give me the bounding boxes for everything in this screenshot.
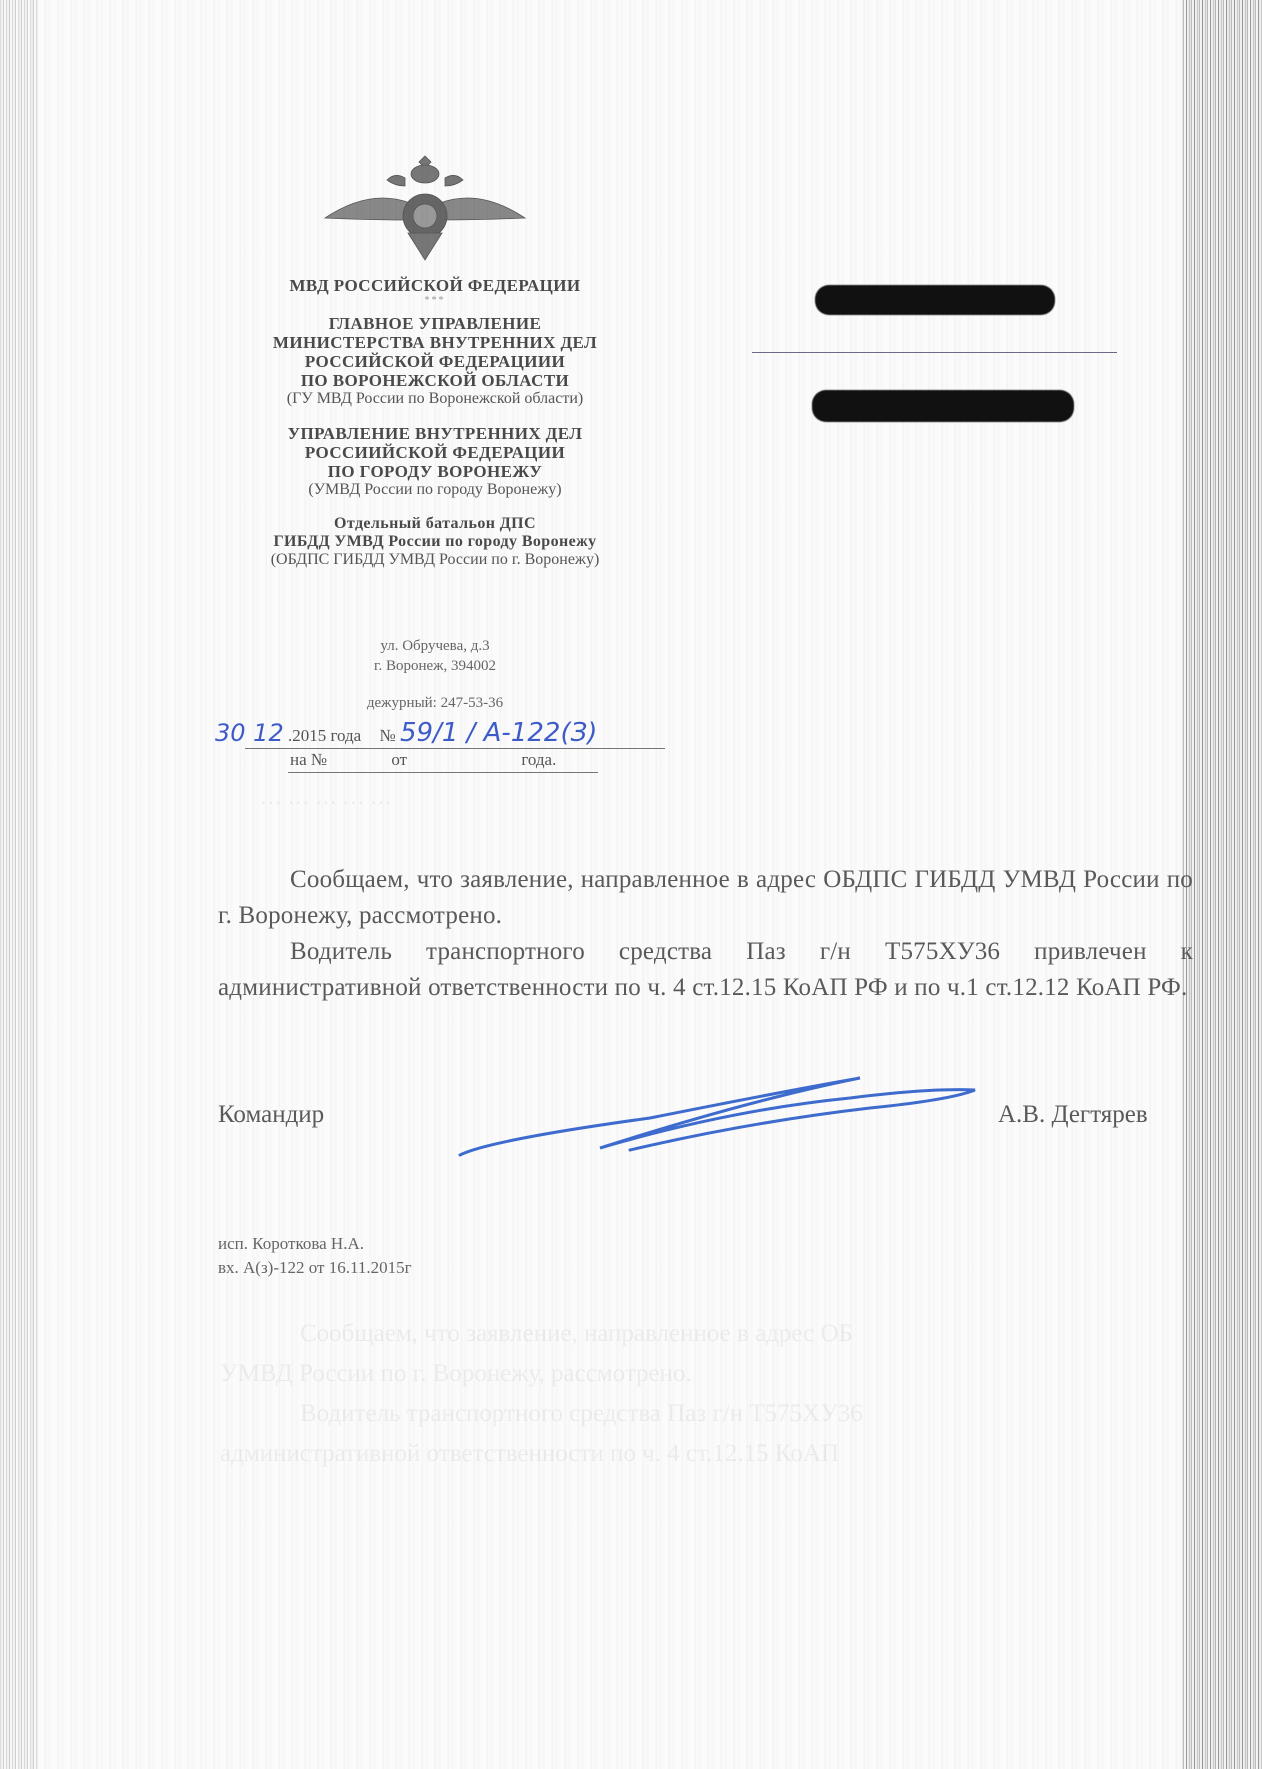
umvd-line: УПРАВЛЕНИЕ ВНУТРЕННИХ ДЕЛ [200,424,670,443]
gu-line: РОССИЙСКОЙ ФЕДЕРАЦИИИ [200,352,670,371]
gu-line: ГЛАВНОЕ УПРАВЛЕНИЕ [200,314,670,333]
reply-from-label: от [391,750,407,769]
reply-underline [288,772,598,773]
gu-line: ПО ВОРОНЕЖСКОЙ ОБЛАСТИ [200,371,670,390]
handwritten-date: 30 12 [215,719,284,747]
bleed-through-text: Сообщаем, что заявление, направленное в … [300,1320,853,1348]
scan-edge-left [0,0,38,1769]
unit-line: Отдельный батальон ДПС [200,515,670,533]
reply-year-label: года. [521,750,556,769]
handwritten-signature-icon [450,1070,990,1170]
reference-underline [245,748,665,749]
mvd-emblem-icon [320,148,530,264]
umvd-line: ПО ГОРОДУ ВОРОНЕЖУ [200,462,670,481]
reference-year: .2015 года [288,726,361,745]
letterhead: МВД РОССИЙСКОЙ ФЕДЕРАЦИИ *** ГЛАВНОЕ УПР… [200,276,670,569]
unit-line: ГИБДД УМВД России по городу Воронежу [200,533,670,551]
scan-edge-right [1182,0,1262,1769]
body-paragraph: Водитель транспортного средства Паз г/н … [218,934,1193,1006]
ministry-title: МВД РОССИЙСКОЙ ФЕДЕРАЦИИ [200,276,670,295]
bleed-through-text: ··· ··· ··· ··· ··· [260,790,392,816]
gu-line: МИНИСТЕРСТВА ВНУТРЕННИХ ДЕЛ [200,333,670,352]
reference-number-label: № [379,726,395,745]
bleed-through-text: административной ответственности по ч. 4… [220,1440,839,1468]
recipient-redaction [815,285,1055,315]
bleed-through-text: Водитель транспортного средства Паз г/н … [300,1400,863,1428]
letter-body: Сообщаем, что заявление, направленное в … [218,862,1193,1006]
duty-phone: дежурный: 247-53-36 [200,694,670,714]
reply-number-label: на № [290,750,327,769]
umvd-abbreviation: (УМВД России по городу Воронежу) [200,481,670,499]
address-street: ул. Обручева, д.3 [200,637,670,657]
handwritten-number: 59/1 / А-122(З) [400,718,597,748]
executor-name: исп. Короткова Н.А. [218,1232,412,1256]
reply-reference: на № от года. [290,750,670,770]
address-city: г. Воронеж, 394002 [200,657,670,677]
signatory-name: А.В. Дегтярев [998,1101,1148,1129]
recipient-redaction [812,390,1074,422]
umvd-line: РОССИИЙСКОЙ ФЕДЕРАЦИИ [200,443,670,462]
bleed-through-text: УМВД России по г. Воронежу, рассмотрено. [220,1360,692,1388]
footer-note: исп. Короткова Н.А. вх. А(з)-122 от 16.1… [218,1232,412,1280]
body-paragraph: Сообщаем, что заявление, направленное в … [218,862,1193,934]
gu-abbreviation: (ГУ МВД России по Воронежской области) [200,390,670,408]
signatory-position: Командир [218,1101,324,1129]
stars-divider: *** [200,295,670,306]
unit-abbreviation: (ОБДПС ГИБДД УМВД России по г. Воронежу) [200,551,670,569]
incoming-reference: вх. А(з)-122 от 16.11.2015г [218,1256,412,1280]
address-block: ул. Обручева, д.3 г. Воронеж, 394002 деж… [200,637,670,714]
recipient-underline [752,352,1117,353]
outgoing-reference: 30 12 .2015 года № 59/1 / А-122(З) [215,718,685,744]
